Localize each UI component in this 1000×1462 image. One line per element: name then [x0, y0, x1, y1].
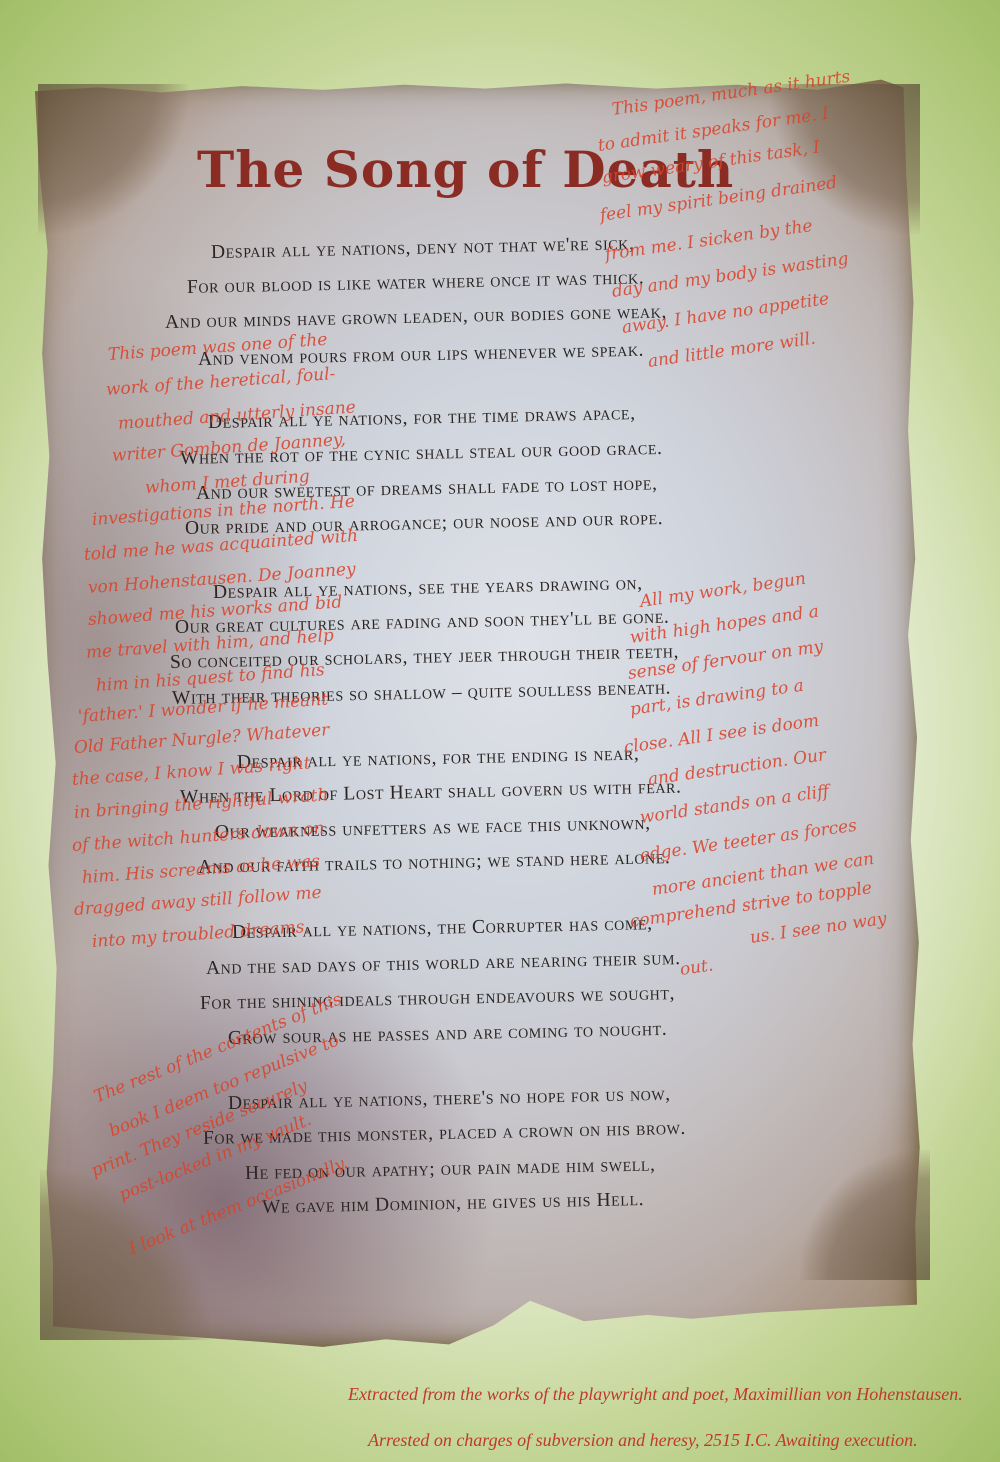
ornate-corner-bottom-right-icon: [800, 1150, 930, 1280]
ornate-corner-top-left-icon: [38, 84, 188, 234]
footer-source-caption: Extracted from the works of the playwrig…: [348, 1384, 963, 1405]
footer-arrest-caption: Arrested on charges of subversion and he…: [368, 1430, 918, 1451]
